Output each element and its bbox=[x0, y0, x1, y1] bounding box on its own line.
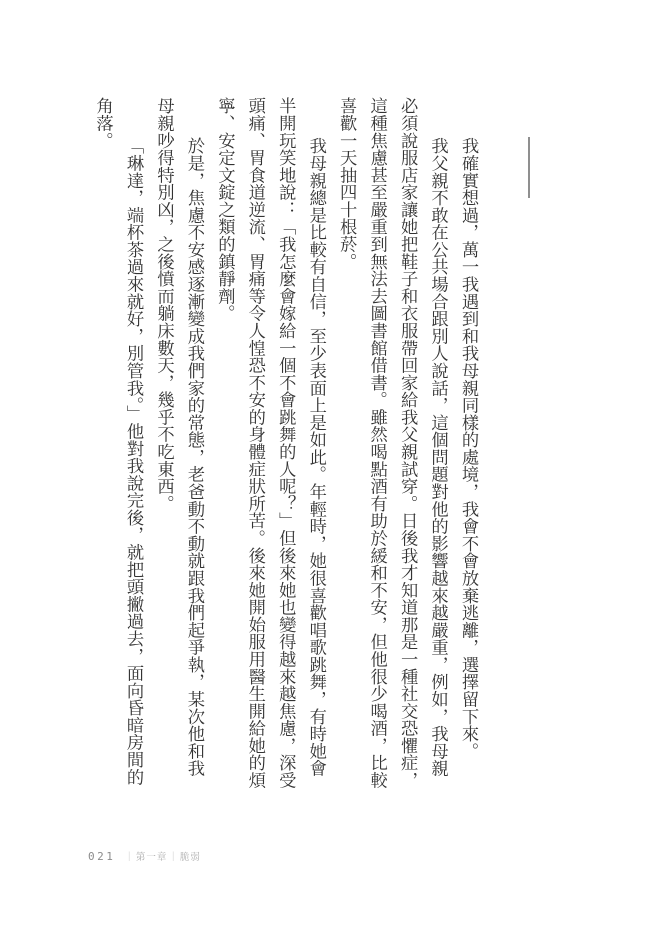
body-paragraph: 「琳達，端杯茶過來就好，別管我。」他對我說完後，就把頭撇過去，面向昏暗房間的角落… bbox=[87, 97, 148, 792]
body-paragraph: 我母親總是比較有自信，至少表面上是如此。年輕時，她很喜歡唱歌跳舞，有時她會半開玩… bbox=[209, 97, 331, 792]
page-footer: 021 ｜第一章｜脆弱 bbox=[88, 849, 201, 863]
section-break-rule bbox=[528, 137, 530, 198]
body-text: 我確實想過，萬一我遇到和我母親同樣的處境，我會不會放棄逃離，選擇留下來。 我父親… bbox=[87, 97, 483, 792]
body-paragraph: 於是，焦慮不安感逐漸變成我們家的常態，老爸動不動就跟我們起爭執，某次他和我母親吵… bbox=[148, 97, 209, 792]
running-title: ｜第一章｜脆弱 bbox=[123, 849, 201, 863]
body-paragraph: 我確實想過，萬一我遇到和我母親同樣的處境，我會不會放棄逃離，選擇留下來。 bbox=[453, 97, 483, 792]
body-paragraph: 我父親不敢在公共場合跟別人說話，這個問題對他的影響越來越嚴重，例如，我母親必須說… bbox=[331, 97, 453, 792]
page-number: 021 bbox=[88, 850, 115, 863]
section-title-label: 脆弱 bbox=[180, 852, 201, 863]
chapter-label: 第一章 bbox=[136, 852, 168, 863]
book-page: 我確實想過，萬一我遇到和我母親同樣的處境，我會不會放棄逃離，選擇留下來。 我父親… bbox=[0, 0, 663, 932]
footer-separator: ｜ bbox=[168, 852, 179, 863]
footer-separator: ｜ bbox=[124, 852, 135, 863]
